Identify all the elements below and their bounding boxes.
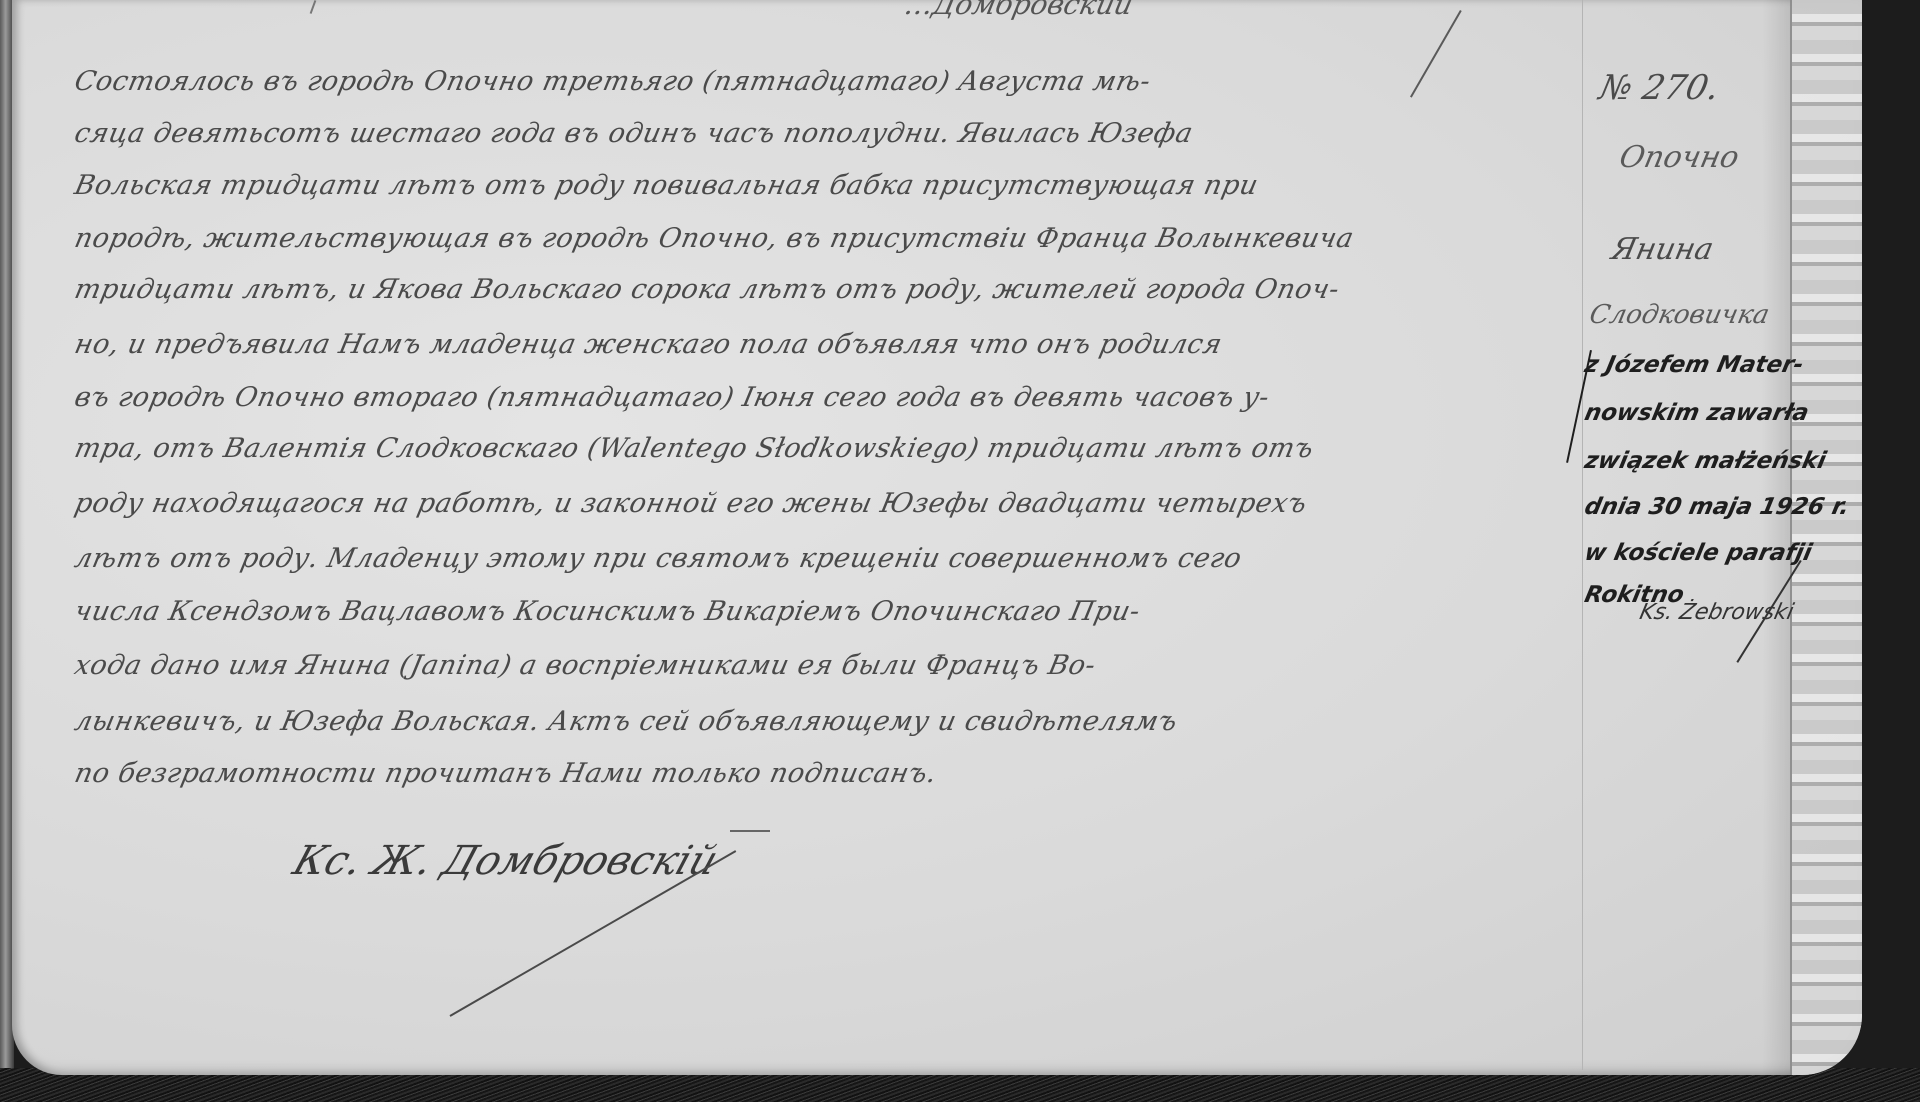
record-line-10: лѣтъ отъ роду. Младенцу этому при святом… [72,543,1245,574]
record-line-8: тра, отъ Валентія Слодковскаго (Walenteg… [72,433,1317,464]
signature-underline [730,830,770,832]
margin-note-line-5: w kościele parafji [1582,540,1814,566]
document-page [12,0,1862,1075]
record-line-1: Состоялось въ городѣ Опочно третьяго (пя… [72,66,1154,97]
margin-note-line-2: nowskim zawarła [1582,400,1811,426]
record-line-6: но, и предъявила Намъ младенца женскаго … [72,329,1225,360]
record-line-2: сяца девятьсотъ шестаго года въ одинъ ча… [72,118,1196,149]
previous-act-signature: …Домбровский [901,0,1135,21]
margin-rule-line [1582,0,1583,1070]
record-line-13: лынкевичъ, и Юзефа Вольская. Актъ сей об… [72,706,1181,737]
record-line-3: Вольская тридцати лѣтъ отъ роду повиваль… [72,170,1261,201]
record-line-7: въ городѣ Опочно втораго (пятнадцатаго) … [72,382,1273,413]
record-line-4: породѣ, жительствующая въ городѣ Опочно,… [72,223,1357,254]
margin-child-name: Янина [1608,232,1716,267]
margin-surname: Слодковичка [1587,300,1772,330]
margin-note-line-1: z Józefem Mater- [1582,352,1806,378]
priest-signature: Кс. Ж. Домбровскій [288,838,724,884]
record-line-9: роду находящагося на работѣ, и законной … [72,488,1310,519]
record-line-5: тридцати лѣтъ, и Якова Вольскаго сорока … [72,274,1343,305]
record-line-11: числа Ксендзомъ Вацлавомъ Косинскимъ Вик… [72,596,1143,627]
margin-act-number: № 270. [1596,68,1723,108]
margin-note-line-4: dnia 30 maja 1926 r. [1582,494,1852,520]
page-edge-stack [1790,0,1862,1075]
record-line-14: по безграмотности прочитанъ Нами только … [72,758,940,789]
record-line-12: хода дано имя Янина (Janina) а воспріемн… [72,650,1099,681]
margin-note-line-3: związek małżeński [1582,448,1828,474]
margin-town: Опочно [1616,140,1742,175]
